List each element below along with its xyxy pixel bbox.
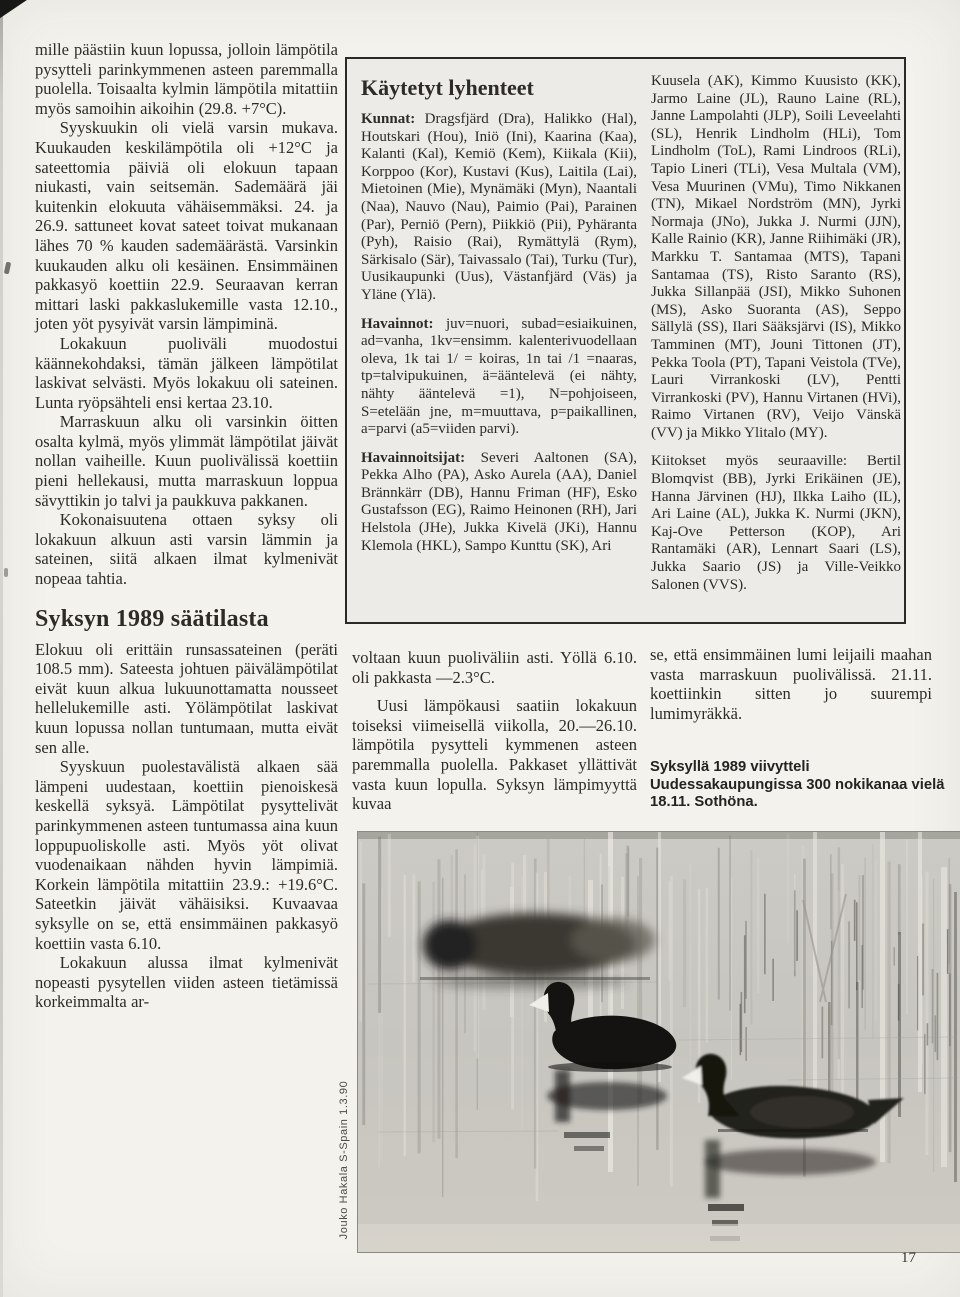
- body-paragraph: Syyskuun puolestavälistä alkaen sää lämp…: [35, 757, 338, 953]
- section-label: Havainnot:: [361, 316, 434, 332]
- water-line: [718, 1129, 868, 1132]
- observer-list-continuation: Kuusela (AK), Kimmo Kuusisto (KK), Jarmo…: [651, 73, 901, 442]
- magazine-page: mille päästiin kuun lopussa, jolloin läm…: [0, 0, 960, 1297]
- abbreviations-box: Käytetyt lyhenteet Kunnat: Dragsfjärd (D…: [345, 57, 906, 624]
- body-paragraph: Elokuu oli erittäin runsassateinen (perä…: [35, 640, 338, 758]
- section-label: Kunnat:: [361, 111, 415, 127]
- body-paragraph: Kokonaisuutena ottaen syksy oli lokakuun…: [35, 510, 338, 588]
- ripple-mark: [708, 1204, 744, 1211]
- water-line: [420, 977, 650, 980]
- body-paragraph: Marraskuun alku oli varsinkin öitten osa…: [35, 412, 338, 510]
- photo-caption: Syksyllä 1989 viivytteli Uudessakaupungi…: [650, 759, 950, 812]
- abbreviation-section: Havainnoitsijat: Severi Aaltonen (SA), P…: [361, 450, 637, 556]
- scan-corner-artifact: [0, 0, 34, 21]
- box-title: Käytetyt lyhenteet: [361, 75, 637, 101]
- scan-speck: [4, 262, 11, 275]
- body-paragraph: Syyskuukin oli vielä varsin mukava. Kuuk…: [35, 118, 338, 334]
- abbreviation-section: Havainnot: juv=nuori, subad=esiaikuinen,…: [361, 316, 637, 439]
- body-paragraph: Uusi lämpökausi saatiin lokakuun toiseks…: [352, 696, 637, 814]
- abbreviations-box-left-column: Käytetyt lyhenteet Kunnat: Dragsfjärd (D…: [361, 73, 637, 555]
- middle-column-lower: voltaan kuun puoliväliin asti. Yöllä 6.1…: [352, 648, 637, 814]
- scan-speck: [4, 568, 8, 577]
- section-label: Havainnoitsijat:: [361, 450, 465, 466]
- scan-edge-artifact: [0, 0, 3, 1297]
- thanks-paragraph: Kiitokset myös seuraaville: Bertil Blomq…: [651, 453, 901, 594]
- section-text: Dragsfjärd (Dra), Halikko (Hal), Houtska…: [361, 111, 637, 303]
- abbreviation-section: Kunnat: Dragsfjärd (Dra), Halikko (Hal),…: [361, 111, 637, 305]
- coots-photo: [358, 832, 960, 1252]
- section-heading: Syksyn 1989 säätilasta: [35, 606, 338, 633]
- body-paragraph: Lokakuun alussa ilmat kylmenivät nopeast…: [35, 953, 338, 1012]
- right-column-lower: se, että ensimmäinen lumi leijaili maaha…: [650, 645, 932, 812]
- page-number: 17: [901, 1250, 916, 1267]
- photo-credit: Jouko Hakala S-Spain 1.3.90: [338, 1070, 352, 1250]
- body-paragraph: mille päästiin kuun lopussa, jolloin läm…: [35, 40, 338, 118]
- bottom-light-band: [358, 1224, 960, 1252]
- body-paragraph: se, että ensimmäinen lumi leijaili maaha…: [650, 645, 932, 723]
- section-text: juv=nuori, subad=esiaikuinen, ad=vanha, …: [361, 316, 637, 438]
- abbreviations-box-right-column: Kuusela (AK), Kimmo Kuusisto (KK), Jarmo…: [651, 73, 901, 594]
- body-paragraph: Lokakuun puoliväli muodostui käännekohda…: [35, 334, 338, 412]
- left-column: mille päästiin kuun lopussa, jolloin läm…: [35, 40, 338, 1012]
- coots-photo-art: [358, 832, 960, 1252]
- body-paragraph: voltaan kuun puoliväliin asti. Yöllä 6.1…: [352, 648, 637, 687]
